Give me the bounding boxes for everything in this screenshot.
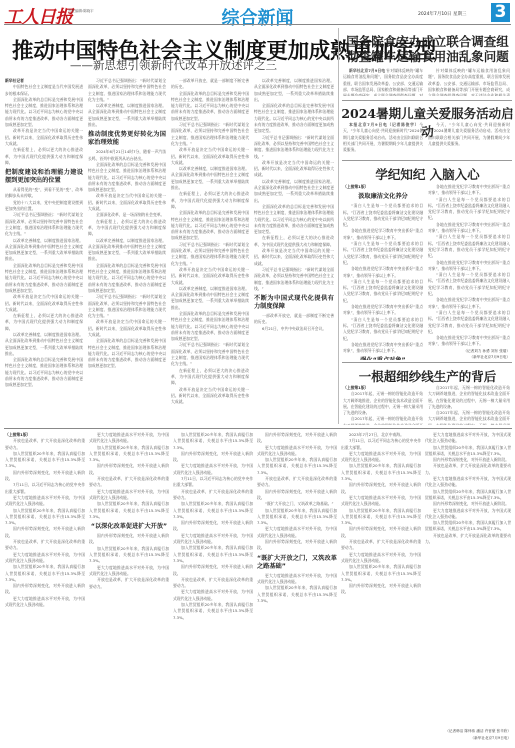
paragraph: 各地在推进党纪学习教育中突出抓好“重点对象”，推动领导干部以上率下。: [428, 260, 510, 273]
page-number: 3: [491, 3, 510, 22]
paragraph: 7月11日，以习近平同志为核心的党中央作出重大部署。: [341, 438, 421, 451]
section-divider: [342, 362, 512, 363]
paragraph: 各地在推进党纪学习教育中突出抓好“重点对象”，推动领导干部以上率下。: [428, 184, 510, 197]
lower-dateline: （新华社北京7月9日电）: [425, 735, 511, 741]
headline-line: 国务院食安办成立联合调查组: [340, 34, 515, 49]
paragraph: 一部改革开放史，就是一部制度不断完善的历史。: [254, 313, 334, 326]
paragraph: 更大力度地推进高水平对外开放，为中国式现代化注入强劲动能。: [425, 508, 511, 521]
lower-column-5: 2023年7月27日，北京中南海。 7月11日，以习近平同志为核心的党中央作出重…: [341, 432, 421, 744]
paragraph: 加入世贸组织20多年来，我国认真履行加入世贸组织承诺，关税总水平由15.3%降至…: [341, 508, 421, 527]
paragraph: 改革开放是决定当代中国命运的关键一招。新时代以来，全面深化改革取得历史性伟大成就…: [171, 267, 249, 286]
section-head: 把制度建设和治理能力建设摆到更加突出的位置: [5, 169, 83, 185]
paragraph: 开放也是改革，扩大开放是深化改革的重要动力。: [425, 463, 511, 476]
paragraph: 全面深化改革的总目标是完善和发展中国特色社会主义制度，推进国家治理体系和治理能力…: [88, 263, 166, 294]
paragraph: 更大力度地推进高水平对外开放，为中国式现代化注入强劲动能。: [425, 476, 511, 489]
paragraph: 加入世贸组织20多年来，我国认真履行加入世贸组织承诺，关税总水平由15.3%降至…: [425, 520, 511, 533]
section-divider: [342, 160, 512, 161]
paragraph: 加入世贸组织20多年来，我国认真履行加入世贸组织承诺，关税总水平由15.3%降至…: [5, 508, 85, 527]
paragraph: 加入世贸组织20多年来，我国认真履行加入世贸组织承诺，关税总水平由15.3%降至…: [257, 585, 337, 604]
paragraph: 在新征程上，必须以更大的决心推进改革，为中国式现代化提供强大动力和制度保障。: [171, 368, 249, 387]
paragraph: 国内外形势深刻变化，对外开放进入新阶段。: [257, 432, 337, 445]
paragraph: 改革开放是决定当代中国命运的关键一招。新时代以来，全面深化改革取得历史性伟大成就…: [5, 294, 83, 313]
paragraph: 加入世贸组织20多年来，我国认真履行加入世贸组织承诺，关税总水平由15.3%降至…: [89, 445, 169, 464]
paragraph: 更大力度地推进高水平对外开放，为中国式现代化注入强劲动能。: [89, 565, 169, 578]
paragraph: 自2017年起，无锡一棉的智能化改造开始大刀阔斧地推进，企业的智能化技术改造全面…: [343, 416, 423, 425]
paragraph: 更大力度地推进高水平对外开放，为中国式现代化注入强劲动能。: [341, 495, 421, 508]
lower-column-4: 国内外形势深刻变化，对外开放进入新阶段。 更大力度地推进高水平对外开放，为中国式…: [257, 432, 337, 744]
paragraph: 加入世贸组织20多年来，我国认真履行加入世贸组织承诺，关税总水平由15.3%降至…: [173, 545, 253, 564]
paragraph: “清白人生是每一个党员都要追求的目标。”江西省上饶市纪委监委将廉洁文化建设融入党…: [428, 310, 510, 335]
paragraph: 国内外形势深刻变化，对外开放进入新阶段。: [341, 526, 421, 539]
side-headline-3: 学纪知纪 入脑入心: [340, 165, 515, 183]
paragraph: 从看得见的“变”，到看不见的“变”，改革的脚步从未停歇。: [5, 187, 83, 200]
paragraph: 加入世贸组织20多年来，我国认真履行加入世贸组织承诺，关税总水平由15.3%降至…: [257, 457, 337, 476]
paragraph: 习近平总书记强调指出：“新时代谋划全面深化改革，必须以坚持和完善中国特色社会主义…: [254, 267, 334, 292]
paragraph: 以改革完善制度，以制度推进国家治理。从全面深化改革到推动中国特色社会主义制度更加…: [5, 238, 83, 263]
side-headline-1: 国务院食安办成立联合调查组 彻查罐车运输食用油乱象问题: [340, 34, 515, 64]
side3-column-2: 各地在推进党纪学习教育中突出抓好“重点对象”，推动领导干部以上率下。 “清白人生…: [428, 184, 510, 360]
paragraph: 更大力度地推进高水平对外开放，为中国式现代化注入强劲动能。: [5, 596, 85, 609]
paragraph: 国内外形势深刻变化，对外开放进入新阶段。: [89, 463, 169, 476]
paragraph: 习近平总书记强调指出：“新时代谋划全面深化改革，必须以坚持和完善中国特色社会主义…: [171, 122, 249, 147]
section-divider: [342, 100, 512, 101]
paragraph: 更大力度地推进高水平对外开放，为中国式现代化注入强劲动能。: [257, 573, 337, 586]
paragraph: 国内外形势深刻变化，对外开放进入新阶段。: [173, 520, 253, 533]
paragraph: 全面深化改革的总目标是完善和发展中国特色社会主义制度，推进国家治理体系和治理能力…: [5, 357, 83, 388]
paragraph: 开放也是改革，扩大开放是深化改革的重要动力。: [89, 577, 169, 590]
paragraph: 开放也是改革，扩大开放是深化改革的重要动力。: [5, 438, 85, 451]
paragraph: “清白人生是每一个党员都要追求的目标。”江西省上饶市纪委监委将廉洁文化建设融入党…: [343, 241, 423, 266]
paragraph: 各地在推进党纪学习教育中突出抓好“重点对象”，推动领导干部以上率下。: [343, 266, 423, 279]
side3-subhead: 汲取廉洁文化养分: [343, 193, 423, 201]
paragraph: 自2017年起，无锡一棉的智能化改造开始大刀阔斧地推进，企业的智能化技术改造全面…: [428, 385, 510, 410]
paragraph: “清白人生是每一个党员都要追求的目标。”江西省上饶市纪委监委将廉洁文化建设融入党…: [428, 197, 510, 222]
section-head: 不断为中国式现代化提供有力制度保障: [254, 295, 334, 311]
paragraph: 各地在推进党纪学习教育中突出抓好“重点对象”，推动领导干部以上率下。: [343, 228, 423, 241]
side2-column-1: 本报北京7月9日电（记者陈俊宇）今天，“少年儿童心向党·共同迎接新时代”2024…: [343, 122, 423, 158]
paragraph: 改革开放是决定当代中国命运的关键一招。新时代以来，全面深化改革取得历史性伟大成就…: [88, 193, 166, 212]
paragraph: 更大力度地推进高水平对外开放，为中国式现代化注入强劲动能。: [425, 432, 511, 445]
paragraph: 国内外形势深刻变化，对外开放进入新阶段。: [341, 482, 421, 495]
paragraph: 开放也是改革，扩大开放是深化改革的重要动力。: [341, 539, 421, 552]
paragraph: 改革开放是决定当代中国命运的关键一招。新时代以来，全面深化改革取得历史性伟大成就…: [5, 128, 83, 147]
paragraph: 更大力度地推进高水平对外开放，为中国式现代化注入强劲动能。: [257, 445, 337, 458]
paragraph: 国内外形势深刻变化，对外开放进入新阶段。: [425, 501, 511, 507]
paragraph: 全面深化改革的总目标是完善和发展中国特色社会主义制度，推进国家治理体系和治理能力…: [254, 103, 334, 134]
paragraph: 全面深化改革的总目标是完善和发展中国特色社会主义制度，推进国家治理体系和治理能力…: [88, 162, 166, 193]
paragraph: 全面深化改革，是一场深刻的社会变革。: [88, 212, 166, 218]
paragraph: 习近平总书记强调指出：“新时代谋划全面深化改革，必须以坚持和完善中国特色社会主义…: [88, 294, 166, 319]
paragraph: 改革开放是决定当代中国命运的关键一招。新时代以来，全面深化改革取得历史性伟大成就…: [171, 387, 249, 406]
paragraph: 以改革完善制度，以制度推进国家治理。从全面深化改革到推动中国特色社会主义制度更加…: [88, 238, 166, 263]
paragraph: 加入世贸组织20多年来，我国认真履行加入世贸组织承诺，关税总水平由15.3%降至…: [341, 463, 421, 482]
paragraph: 在新征程上，必须以更大的决心推进改革，为中国式现代化提供强大动力和制度保障。: [5, 147, 83, 166]
paragraph: 在新征程上，必须以更大的决心推进改革，为中国式现代化提供强大动力和制度保障。: [171, 191, 249, 210]
paragraph: 开放也是改革，扩大开放是深化改革的重要动力。: [173, 577, 253, 590]
paragraph: 开放也是改革，扩大开放是深化改革的重要动力。: [257, 476, 337, 489]
lead-column-1: 新华社记者 中国特色社会主义制度是当代中国发展进步的根本保证。 全面深化改革的总…: [5, 78, 83, 426]
paragraph: 开放也是改革，扩大开放是深化改革的重要动力。: [5, 539, 85, 552]
paragraph: 自2017年起，无锡一棉的智能化改造开始大刀阔斧地推进，企业的智能化技术改造全面…: [343, 391, 423, 416]
paragraph: 全面深化改革的总目标是完善和发展中国特色社会主义制度，推进国家治理体系和治理能力…: [171, 91, 249, 122]
paragraph: 以改革完善制度，以制度推进国家治理。从全面深化改革到推动中国特色社会主义制度更加…: [88, 103, 166, 128]
paragraph: 各地在推进党纪学习教育中突出抓好“重点对象”，推动领导干部以上率下。: [428, 222, 510, 235]
side2-byline: 本报北京7月9日电（记者陈俊宇）: [349, 122, 419, 127]
paragraph: “清白人生是每一个党员都要追求的目标。”江西省上饶市纪委监委将廉洁文化建设融入党…: [343, 317, 423, 342]
paragraph: 各地在推进党纪学习教育中突出抓好“重点对象”，推动领导干部以上率下。: [343, 304, 423, 317]
paragraph: 全面深化改革的总目标是完善和发展中国特色社会主义制度，推进国家治理体系和治理能力…: [254, 204, 334, 235]
paragraph: 7月11日，以习近平同志为核心的党中央作出重大部署。: [173, 476, 253, 489]
paragraph: 习近平总书记强调指出：“新时代谋划全面深化改革，必须以坚持和完善中国特色社会主义…: [88, 78, 166, 103]
paragraph: 国内外形势深刻变化，对外开放进入新阶段。: [5, 583, 85, 596]
paragraph: 加入世贸组织20多年来，我国认真履行加入世贸组织承诺，关税总水平由15.3%降至…: [173, 432, 253, 451]
masthead-divider: [4, 24, 511, 25]
paragraph: 开放也是改革，扩大开放是深化改革的重要动力。: [173, 489, 253, 502]
paragraph: 改革开放是决定当代中国命运的关键一招。新时代以来，全面深化改革取得历史性伟大成就…: [254, 248, 334, 267]
lead-column-3: 一部改革开放史，就是一部制度不断完善的历史。 全面深化改革的总目标是完善和发展中…: [171, 78, 249, 426]
lower-section-head: “以深化改革促进扩大开放”: [89, 523, 169, 531]
paragraph: 国内外形势深刻变化，对外开放进入新阶段。: [89, 533, 169, 546]
side1-column-1: 新华社北京7月9日电 针对媒体反映的“罐车运输食用油乱象问题”，国务院食品安全办…: [343, 68, 423, 96]
paragraph: 在新征程上，必须以更大的决心推进改革，为中国式现代化提供强大动力和制度保障。: [5, 313, 83, 332]
side1-body-cont: 针对媒体反映的“罐车运输食用油乱象问题”，国务院食品安全办高度重视，联合国家发展…: [428, 68, 510, 96]
paragraph: 加入世贸组织20多年来，我国认真履行加入世贸组织承诺，关税总水平由15.3%降至…: [257, 508, 337, 527]
paragraph: 加入世贸组织20多年来，我国认真履行加入世贸组织承诺，关税总水平由15.3%降至…: [173, 602, 253, 621]
lower-column-1: （上接第1版） 开放也是改革，扩大开放是深化改革的重要动力。 加入世贸组织20多…: [5, 432, 85, 744]
paragraph: 更大力度地推进高水平对外开放，为中国式现代化注入强劲动能。: [89, 489, 169, 502]
lower-section-divider: [4, 428, 512, 429]
paragraph: “清白人生是每一个党员都要追求的目标。”江西省上饶市纪委监委将廉洁文化建设融入党…: [343, 279, 423, 304]
paragraph: “清白人生是每一个党员都要追求的目标。”江西省上饶市纪委监委将廉洁文化建设融入党…: [428, 272, 510, 297]
side3-dateline: （新华社北京7月9日电）: [428, 354, 510, 360]
paragraph: 国内外形势深刻变化，对外开放进入新阶段。: [341, 583, 421, 596]
paragraph: 全面深化改革的总目标是完善和发展中国特色社会主义制度，推进国家治理体系和治理能力…: [5, 263, 83, 294]
side2-body-cont: 今天，“少年儿童心向党·共同迎接新时代”2024暑期儿童关爱服务活动启动。活动由…: [428, 122, 510, 147]
side1-byline: 新华社北京7月9日电: [349, 68, 385, 73]
paragraph: 改革开放是决定当代中国命运的关键一招。新时代以来，全面深化改革取得历史性伟大成就…: [254, 160, 334, 179]
headline-line: 彻查罐车运输食用油乱象问题: [340, 49, 515, 64]
paragraph: 习近平总书记强调指出：“新时代谋划全面深化改革，必须以坚持和完善中国特色社会主义…: [5, 212, 83, 237]
lead-column-2: 习近平总书记强调指出：“新时代谋划全面深化改革，必须以坚持和完善中国特色社会主义…: [88, 78, 166, 426]
paragraph: 加入世贸组织20多年来，我国认真履行加入世贸组织承诺，关税总水平由15.3%降至…: [173, 501, 253, 520]
paragraph: 加入世贸组织20多年来，我国认真履行加入世贸组织承诺，关税总水平由15.3%降至…: [425, 445, 511, 458]
paragraph: 国内外形势深刻变化，对外开放进入新阶段。: [257, 539, 337, 552]
paragraph: 自2017年起，无锡一棉的智能化改造开始大刀阔斧地推进，企业的智能化技术改造全面…: [428, 410, 510, 425]
paragraph: 改革开放是决定当代中国命运的关键一招。新时代以来，全面深化改革取得历史性伟大成就…: [171, 147, 249, 166]
paragraph: 更大力度地推进高水平对外开放，为中国式现代化注入强劲动能。: [173, 533, 253, 546]
paragraph: 更大力度地推进高水平对外开放，为中国式现代化注入强劲动能。: [341, 552, 421, 565]
paragraph: 6月21日，中共中央政治局召开会议。: [254, 326, 334, 332]
paragraph: 中国特色社会主义制度是当代中国发展进步的根本保证。: [5, 84, 83, 97]
paragraph: “清白人生是每一个党员都要追求的目标。”江西省上饶市纪委监委将廉洁文化建设融入党…: [343, 203, 423, 228]
side4-column-1: （上接第1版） 自2017年起，无锡一棉的智能化改造开始大刀阔斧地推进，企业的智…: [343, 385, 423, 425]
paragraph: 更大力度地推进高水平对外开放，为中国式现代化注入强劲动能。: [173, 589, 253, 602]
paragraph: 加入世贸组织20多年来，我国认真履行加入世贸组织承诺，关税总水平由15.3%降至…: [425, 489, 511, 502]
paragraph: 开放也是改革，扩大开放是深化改革的重要动力。: [89, 476, 169, 489]
paragraph: “清白人生是每一个党员都要追求的目标。”江西省上饶市纪委监委将廉洁文化建设融入党…: [428, 234, 510, 259]
side-headline-4: 一根超细纱线生产的背后: [340, 367, 515, 385]
paragraph: 在新征程上，必须以更大的决心推进改革，为中国式现代化提供强大动力和制度保障。: [254, 235, 334, 248]
paragraph: 各地在推进党纪学习教育中突出抓好“重点对象”，推动领导干部以上率下。: [428, 335, 510, 348]
section-head: 推动制度优势更好转化为国家治理效能: [88, 131, 166, 147]
paragraph: 更大力度地推进高水平对外开放，为中国式现代化注入强劲动能。: [257, 526, 337, 539]
paragraph: 以改革完善制度，以制度推进国家治理。从全面深化改革到推动中国特色社会主义制度更加…: [254, 78, 334, 103]
paragraph: 加入世贸组织20多年来，我国认真履行加入世贸组织承诺，关税总水平由15.3%降至…: [5, 451, 85, 470]
paragraph: 以改革完善制度，以制度推进国家治理。从全面深化改革到推动中国特色社会主义制度更加…: [254, 179, 334, 204]
paragraph: 国内外形势深刻变化，对外开放进入新阶段。: [173, 564, 253, 577]
side2-column-2: 今天，“少年儿童心向党·共同迎接新时代”2024暑期儿童关爱服务活动启动。活动由…: [428, 122, 510, 158]
paragraph: 更大力度地推进高水平对外开放，为中国式现代化注入强劲动能。: [5, 552, 85, 565]
lower-column-3: 加入世贸组织20多年来，我国认真履行加入世贸组织承诺，关税总水平由15.3%降至…: [173, 432, 253, 744]
side1-column-2: 针对媒体反映的“罐车运输食用油乱象问题”，国务院食品安全办高度重视，联合国家发展…: [428, 68, 510, 96]
paragraph: 习近平总书记强调指出：“新时代谋划全面深化改革，必须以坚持和完善中国特色社会主义…: [171, 342, 249, 367]
paragraph: 更大力度地推进高水平对外开放，为中国式现代化注入强劲动能。: [173, 463, 253, 476]
paragraph: 以改革完善制度，以制度推进国家治理。从全面深化改革到推动中国特色社会主义制度更加…: [171, 286, 249, 311]
lower-credit: （记者韩洁 陈炜伟 潘洁 许晋豪 张辛欣）: [425, 728, 511, 734]
lower-column-2: 更大力度地推进高水平对外开放，为中国式现代化注入强劲动能。 加入世贸组织20多年…: [89, 432, 169, 744]
paragraph: 全面深化改革的总目标是完善和发展中国特色社会主义制度，推进国家治理体系和治理能力…: [88, 338, 166, 369]
paragraph: 7月11日，以习近平同志为核心的党中央作出重大部署。: [5, 482, 85, 495]
paragraph: 全面深化改革的总目标是完善和发展中国特色社会主义制度，推进国家治理体系和治理能力…: [171, 210, 249, 241]
side3-column-1: （上接第1版） 汲取廉洁文化养分 “清白人生是每一个党员都要追求的目标。”江西省…: [343, 184, 423, 360]
paragraph: 以改革完善制度，以制度推进国家治理。从全面深化改革到推动中国特色社会主义制度更加…: [5, 332, 83, 357]
paragraph: 开放也是改革，扩大开放是深化改革的重要动力。: [425, 533, 511, 546]
side4-column-2: 自2017年起，无锡一棉的智能化改造开始大刀阔斧地推进，企业的智能化技术改造全面…: [428, 385, 510, 425]
paragraph: 2024年6月21日14时7分，随着一声汽笛长鸣，首列中欧班列从站台驶出。: [88, 149, 166, 162]
paragraph: 改革开放是决定当代中国命运的关键一招。新时代以来，全面深化改革取得历史性伟大成就…: [88, 319, 166, 338]
issue-date: 2024年7月10日 星期三: [418, 11, 466, 17]
paragraph: 国内外形势深刻变化，对外开放进入新阶段。: [5, 526, 85, 539]
paragraph: “既扩大开放之门，又筑改革之路基础。”: [257, 501, 337, 507]
lead-subheadline: ——新思想引领新时代改革开放述评之三: [70, 57, 277, 73]
paragraph: 加入世贸组织20多年来，我国认真履行加入世贸组织承诺，关税总水平由15.3%降至…: [341, 564, 421, 583]
paragraph: 习近平总书记强调指出：“新时代谋划全面深化改革，必须以坚持和完善中国特色社会主义…: [254, 135, 334, 160]
paragraph: 全面深化改革的总目标是完善和发展中国特色社会主义制度，推进国家治理体系和治理能力…: [171, 311, 249, 342]
paragraph: 国内外形势深刻变化，对外开放进入新阶段。: [257, 489, 337, 502]
paragraph: 加入世贸组织20多年来，我国认真履行加入世贸组织承诺，关税总水平由15.3%降至…: [5, 564, 85, 583]
lead-column-4: 以改革完善制度，以制度推进国家治理。从全面深化改革到推动中国特色社会主义制度更加…: [254, 78, 334, 426]
paragraph: 更大力度地推进高水平对外开放，为中国式现代化注入强劲动能。: [5, 495, 85, 508]
paragraph: 全面深化改革的总目标是完善和发展中国特色社会主义制度，推进国家治理体系和治理能力…: [5, 97, 83, 128]
side3-subhead-2: 强化“重点对象”: [343, 357, 423, 360]
column-divider: [338, 28, 339, 424]
paragraph: 各地在推进党纪学习教育中突出抓好“重点对象”，推动领导干部以上率下。: [428, 297, 510, 310]
paragraph: 党的十八大以来，党中央把制度建设摆到更加突出的位置。: [5, 200, 83, 213]
section-title: 综合新闻: [0, 4, 515, 30]
paragraph: 加入世贸组织20多年来，我国认真履行加入世贸组织承诺，关税总水平由15.3%降至…: [89, 546, 169, 565]
lower-column-6: 更大力度地推进高水平对外开放，为中国式现代化注入强劲动能。 加入世贸组织20多年…: [425, 432, 511, 744]
paragraph: 习近平总书记强调指出：“新时代谋划全面深化改革，必须以坚持和完善中国特色社会主义…: [171, 242, 249, 267]
paragraph: 在新征程上，必须以更大的决心推进改革，为中国式现代化提供强大动力和制度保障。: [88, 219, 166, 238]
paragraph: 一部改革开放史，就是一部制度不断完善的历史。: [171, 78, 249, 91]
paragraph: 更大力度地推进高水平对外开放，为中国式现代化注入强劲动能。: [89, 432, 169, 445]
paragraph: 国内外形势深刻变化，对外开放进入新阶段。: [5, 470, 85, 483]
paragraph: 国内外形势深刻变化，对外开放进入新阶段。: [173, 451, 253, 464]
paragraph: 各地在推进党纪学习教育中突出抓好“重点对象”，推动领导干部以上率下。: [343, 342, 423, 355]
paragraph: 以改革完善制度，以制度推进国家治理。从全面深化改革到推动中国特色社会主义制度更加…: [171, 166, 249, 191]
continued-label: （上接第1版）: [343, 184, 423, 190]
paragraph: 加入世贸组织20多年来，我国认真履行加入世贸组织承诺，关税总水平由15.3%降至…: [89, 501, 169, 520]
lower-section-head: “既扩大开放之门，又筑改革之路基础”: [257, 555, 337, 571]
paragraph: 更大力度地推进高水平对外开放，为中国式现代化注入强劲动能。: [341, 451, 421, 464]
